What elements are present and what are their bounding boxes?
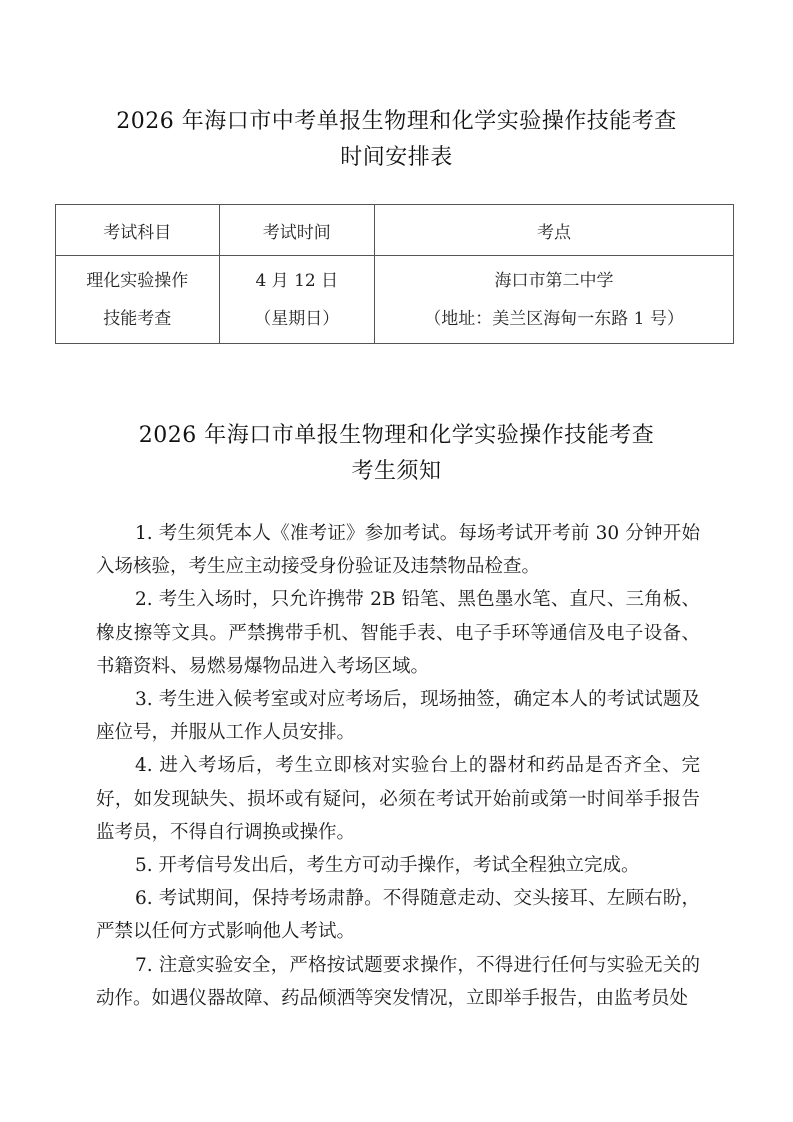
document-page: 2026 年海口市中考单报生物理和化学实验操作技能考查 时间安排表 考试科目 考…	[0, 0, 793, 1122]
cell-venue: 海口市第二中学 （地址：美兰区海甸一东路 1 号）	[375, 256, 734, 344]
venue-address: （地址：美兰区海甸一东路 1 号）	[375, 300, 733, 338]
table-row: 理化实验操作 技能考查 4 月 12 日 （星期日） 海口市第二中学 （地址：美…	[56, 256, 734, 344]
schedule-table: 考试科目 考试时间 考点 理化实验操作 技能考查 4 月 12 日 （星期日） …	[55, 204, 734, 344]
schedule-title-line1: 2026 年海口市中考单报生物理和化学实验操作技能考查	[0, 104, 793, 140]
schedule-title-line2: 时间安排表	[0, 140, 793, 176]
subject-line1: 理化实验操作	[56, 262, 219, 300]
notice-item-6: 6. 考试期间，保持考场肃静。不得随意走动、交头接耳、左顾右盼，严禁以任何方式影…	[96, 882, 700, 948]
notice-item-1: 1. 考生须凭本人《准考证》参加考试。每场考试开考前 30 分钟开始入场核验，考…	[96, 517, 700, 583]
notice-item-4: 4. 进入考场后，考生立即核对实验台上的器材和药品是否齐全、完好，如发现缺失、损…	[96, 749, 700, 849]
header-subject: 考试科目	[56, 205, 220, 256]
notice-item-7: 7. 注意实验安全，严格按试题要求操作，不得进行任何与实验无关的动作。如遇仪器故…	[96, 949, 700, 1015]
header-time: 考试时间	[219, 205, 375, 256]
cell-time: 4 月 12 日 （星期日）	[219, 256, 375, 344]
subject-line2: 技能考查	[56, 300, 219, 338]
time-weekday: （星期日）	[220, 300, 375, 338]
time-date: 4 月 12 日	[220, 262, 375, 300]
notice-title-line1: 2026 年海口市单报生物理和化学实验操作技能考查	[0, 418, 793, 454]
notice-item-2: 2. 考生入场时，只允许携带 2B 铅笔、黑色墨水笔、直尺、三角板、橡皮擦等文具…	[96, 583, 700, 683]
cell-subject: 理化实验操作 技能考查	[56, 256, 220, 344]
header-venue: 考点	[375, 205, 734, 256]
notice-title-line2: 考生须知	[0, 454, 793, 490]
table-header-row: 考试科目 考试时间 考点	[56, 205, 734, 256]
schedule-title: 2026 年海口市中考单报生物理和化学实验操作技能考查 时间安排表	[0, 104, 793, 176]
notice-item-3: 3. 考生进入候考室或对应考场后，现场抽签，确定本人的考试试题及座位号，并服从工…	[96, 683, 700, 749]
notice-title: 2026 年海口市单报生物理和化学实验操作技能考查 考生须知	[0, 418, 793, 490]
notice-item-5: 5. 开考信号发出后，考生方可动手操作，考试全程独立完成。	[96, 849, 700, 882]
venue-name: 海口市第二中学	[375, 262, 733, 300]
notice-list: 1. 考生须凭本人《准考证》参加考试。每场考试开考前 30 分钟开始入场核验，考…	[96, 517, 700, 1015]
